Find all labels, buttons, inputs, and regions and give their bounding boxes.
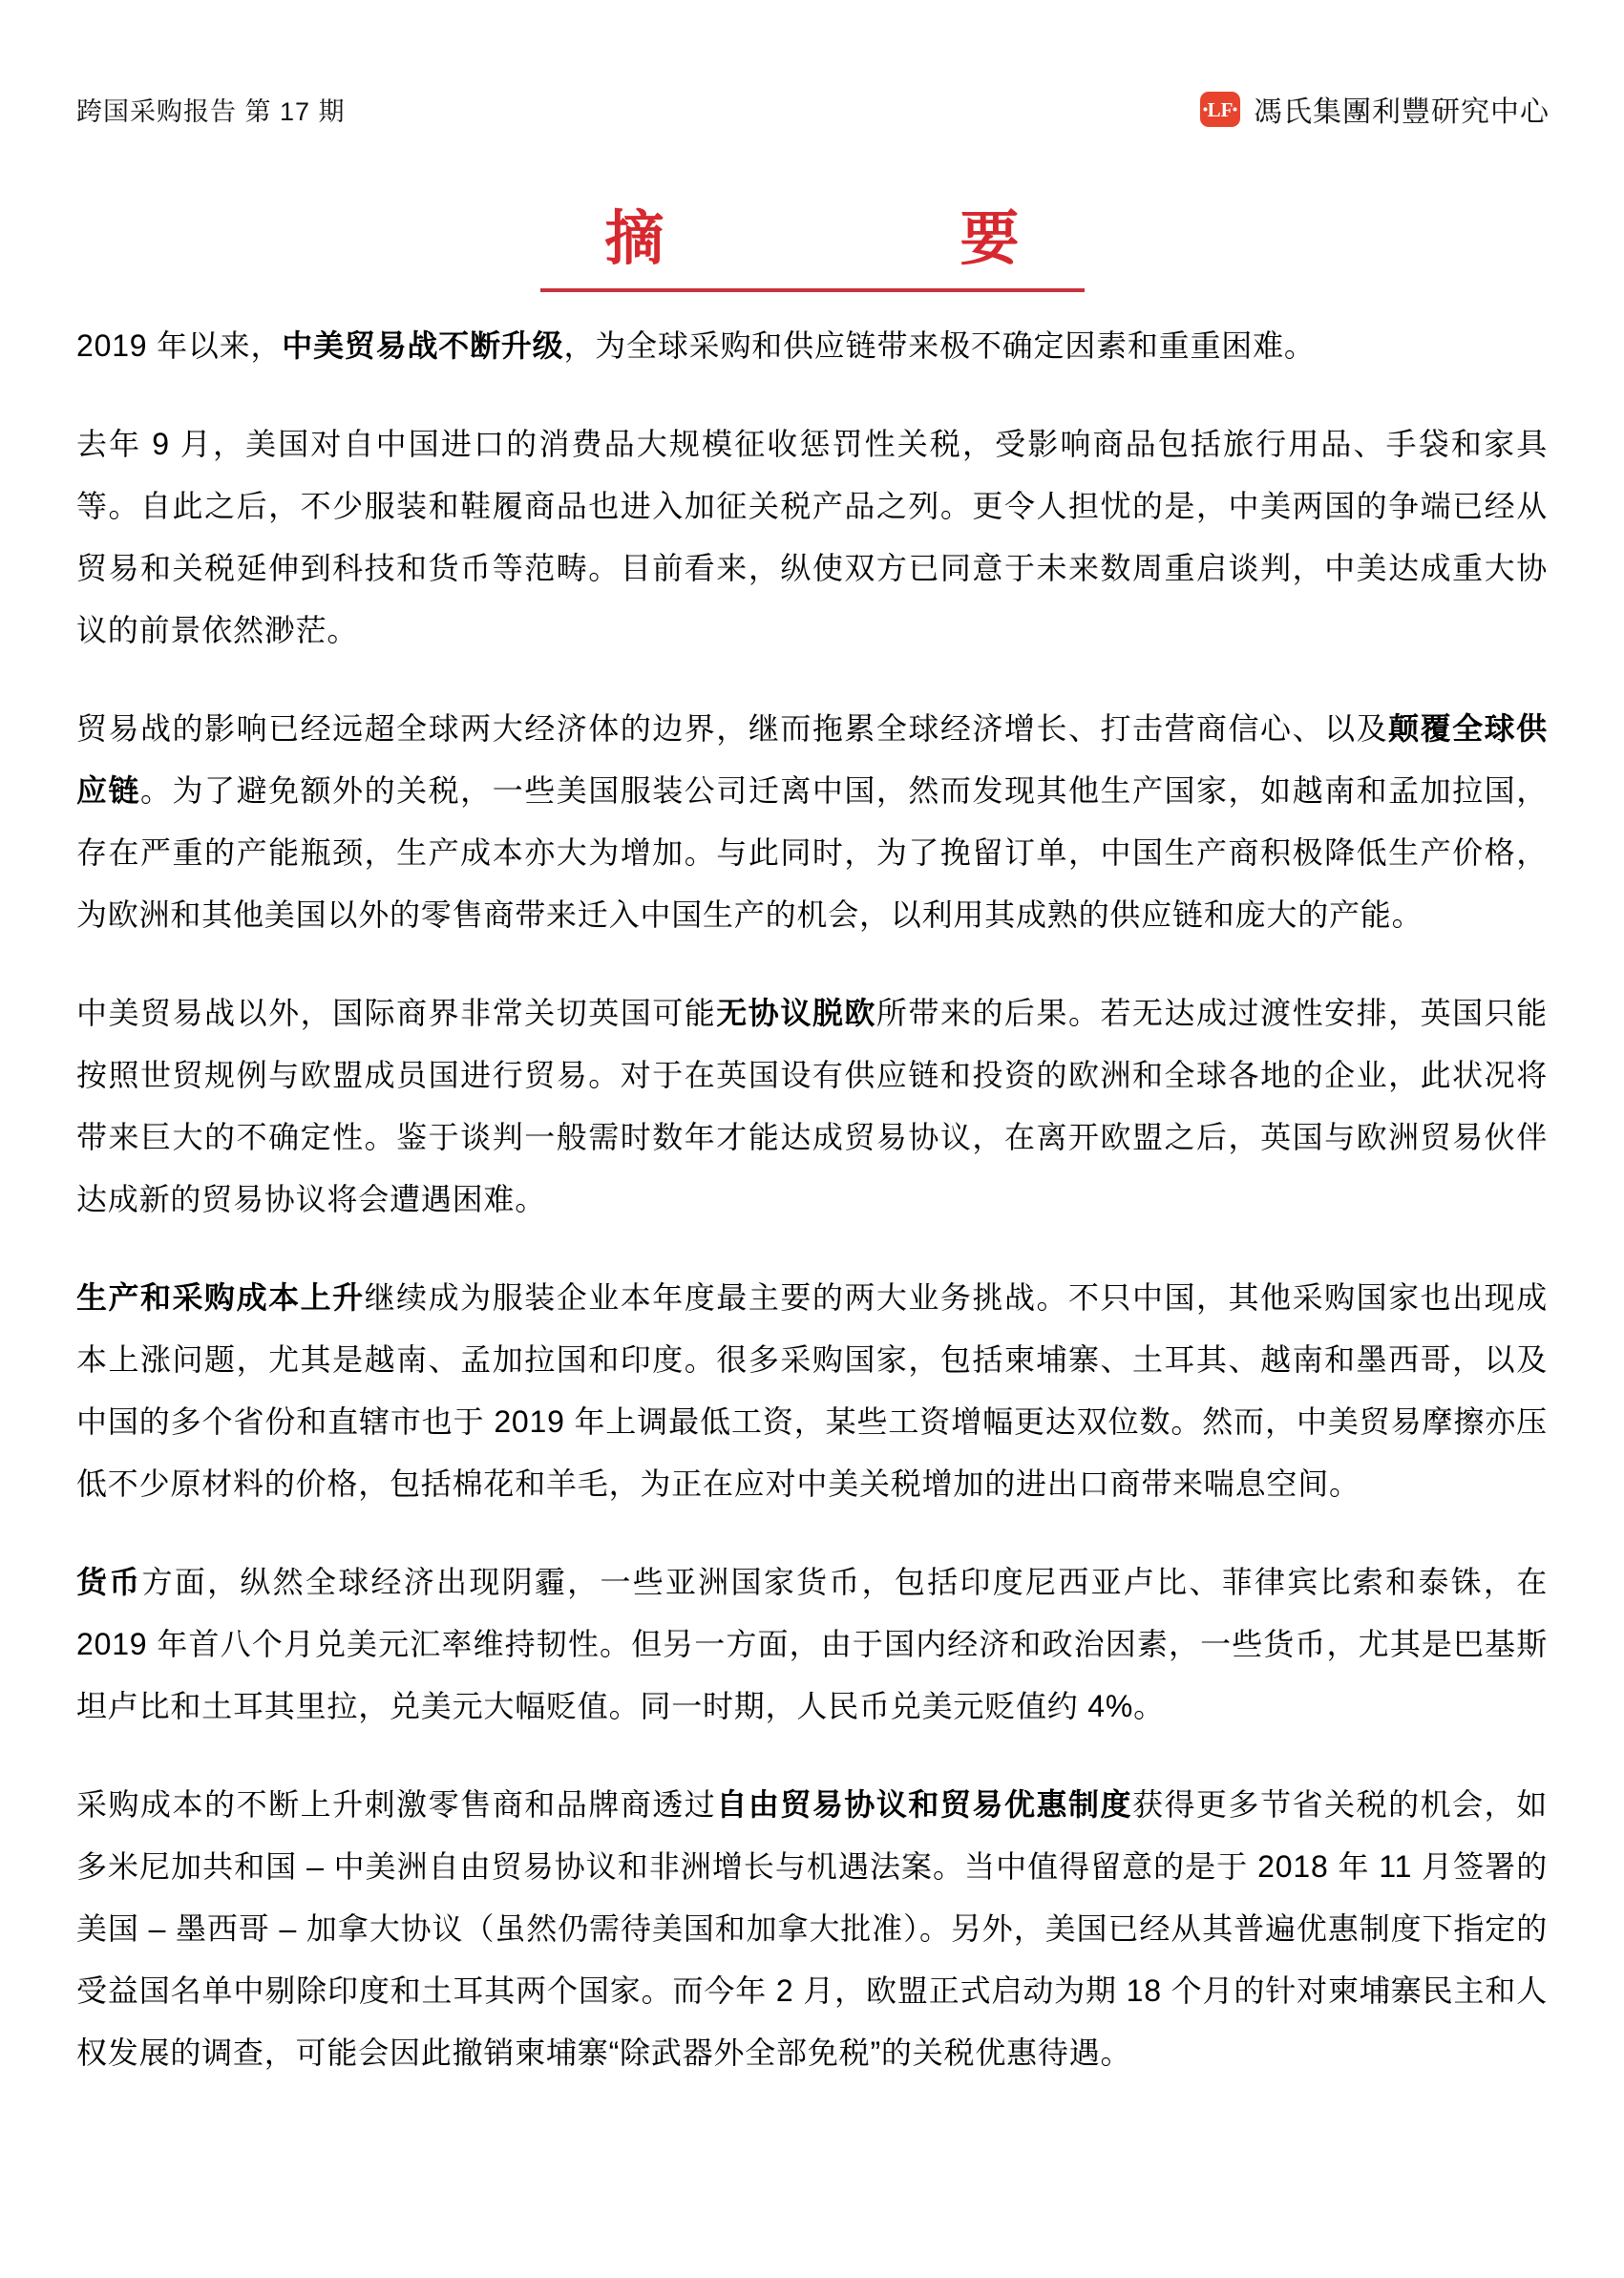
emphasis-text: 无协议脱欧	[716, 996, 876, 1030]
paragraph: 生产和采购成本上升继续成为服装企业本年度最主要的两大业务挑战。不只中国，其他采购…	[76, 1267, 1548, 1515]
brand-block: LF 馮氏集團利豐研究中心	[1199, 88, 1550, 130]
title-block: 摘要	[0, 204, 1624, 292]
body-text: 中美贸易战以外，国际商界非常关切英国可能	[76, 996, 716, 1030]
body-text: 贸易战的影响已经远超全球两大经济体的边界，继而拖累全球经济增长、打击营商信心、以…	[76, 711, 1388, 746]
emphasis-text: 自由贸易协议和贸易优惠制度	[716, 1787, 1132, 1822]
paragraph: 中美贸易战以外，国际商界非常关切英国可能无协议脱欧所带来的后果。若无达成过渡性安…	[76, 982, 1548, 1231]
body-text: 采购成本的不断上升刺激零售商和品牌商透过	[76, 1787, 716, 1822]
page-header: 跨国采购报告 第 17 期 LF 馮氏集團利豐研究中心	[76, 88, 1550, 130]
page-title: 摘要	[0, 204, 1624, 275]
svg-text:LF: LF	[1208, 98, 1234, 121]
body-text: 。为了避免额外的关税，一些美国服装公司迁离中国，然而发现其他生产国家，如越南和孟…	[76, 773, 1548, 932]
body-text: 去年 9 月，美国对自中国进口的消费品大规模征收惩罚性关税，受影响商品包括旅行用…	[76, 427, 1548, 647]
paragraph: 2019 年以来，中美贸易战不断升级，为全球采购和供应链带来极不确定因素和重重困…	[76, 315, 1548, 377]
report-title: 跨国采购报告 第 17 期	[76, 91, 346, 128]
emphasis-text: 生产和采购成本上升	[76, 1280, 365, 1315]
report-page: 跨国采购报告 第 17 期 LF 馮氏集團利豐研究中心 摘要 2019 年以来，…	[0, 0, 1624, 2278]
body-text: ，为全球采购和供应链带来极不确定因素和重重困难。	[563, 328, 1315, 363]
paragraph: 去年 9 月，美国对自中国进口的消费品大规模征收惩罚性关税，受影响商品包括旅行用…	[76, 413, 1548, 662]
body-text: 获得更多节省关税的机会，如多米尼加共和国 – 中美洲自由贸易协议和非洲增长与机遇…	[76, 1787, 1548, 2070]
paragraph: 采购成本的不断上升刺激零售商和品牌商透过自由贸易协议和贸易优惠制度获得更多节省关…	[76, 1774, 1548, 2084]
paragraph: 贸易战的影响已经远超全球两大经济体的边界，继而拖累全球经济增长、打击营商信心、以…	[76, 698, 1548, 946]
title-underline	[540, 288, 1085, 292]
emphasis-text: 货币	[76, 1565, 142, 1599]
fung-group-logo-icon: LF	[1199, 91, 1241, 128]
body-text: 2019 年以来，	[76, 328, 282, 363]
body-text: 方面，纵然全球经济出现阴霾，一些亚洲国家货币，包括印度尼西亚卢比、菲律宾比索和泰…	[76, 1565, 1548, 1723]
brand-name: 馮氏集團利豐研究中心	[1254, 88, 1550, 130]
emphasis-text: 中美贸易战不断升级	[282, 328, 563, 363]
summary-body: 2019 年以来，中美贸易战不断升级，为全球采购和供应链带来极不确定因素和重重困…	[76, 315, 1548, 2084]
paragraph: 货币方面，纵然全球经济出现阴霾，一些亚洲国家货币，包括印度尼西亚卢比、菲律宾比索…	[76, 1551, 1548, 1738]
